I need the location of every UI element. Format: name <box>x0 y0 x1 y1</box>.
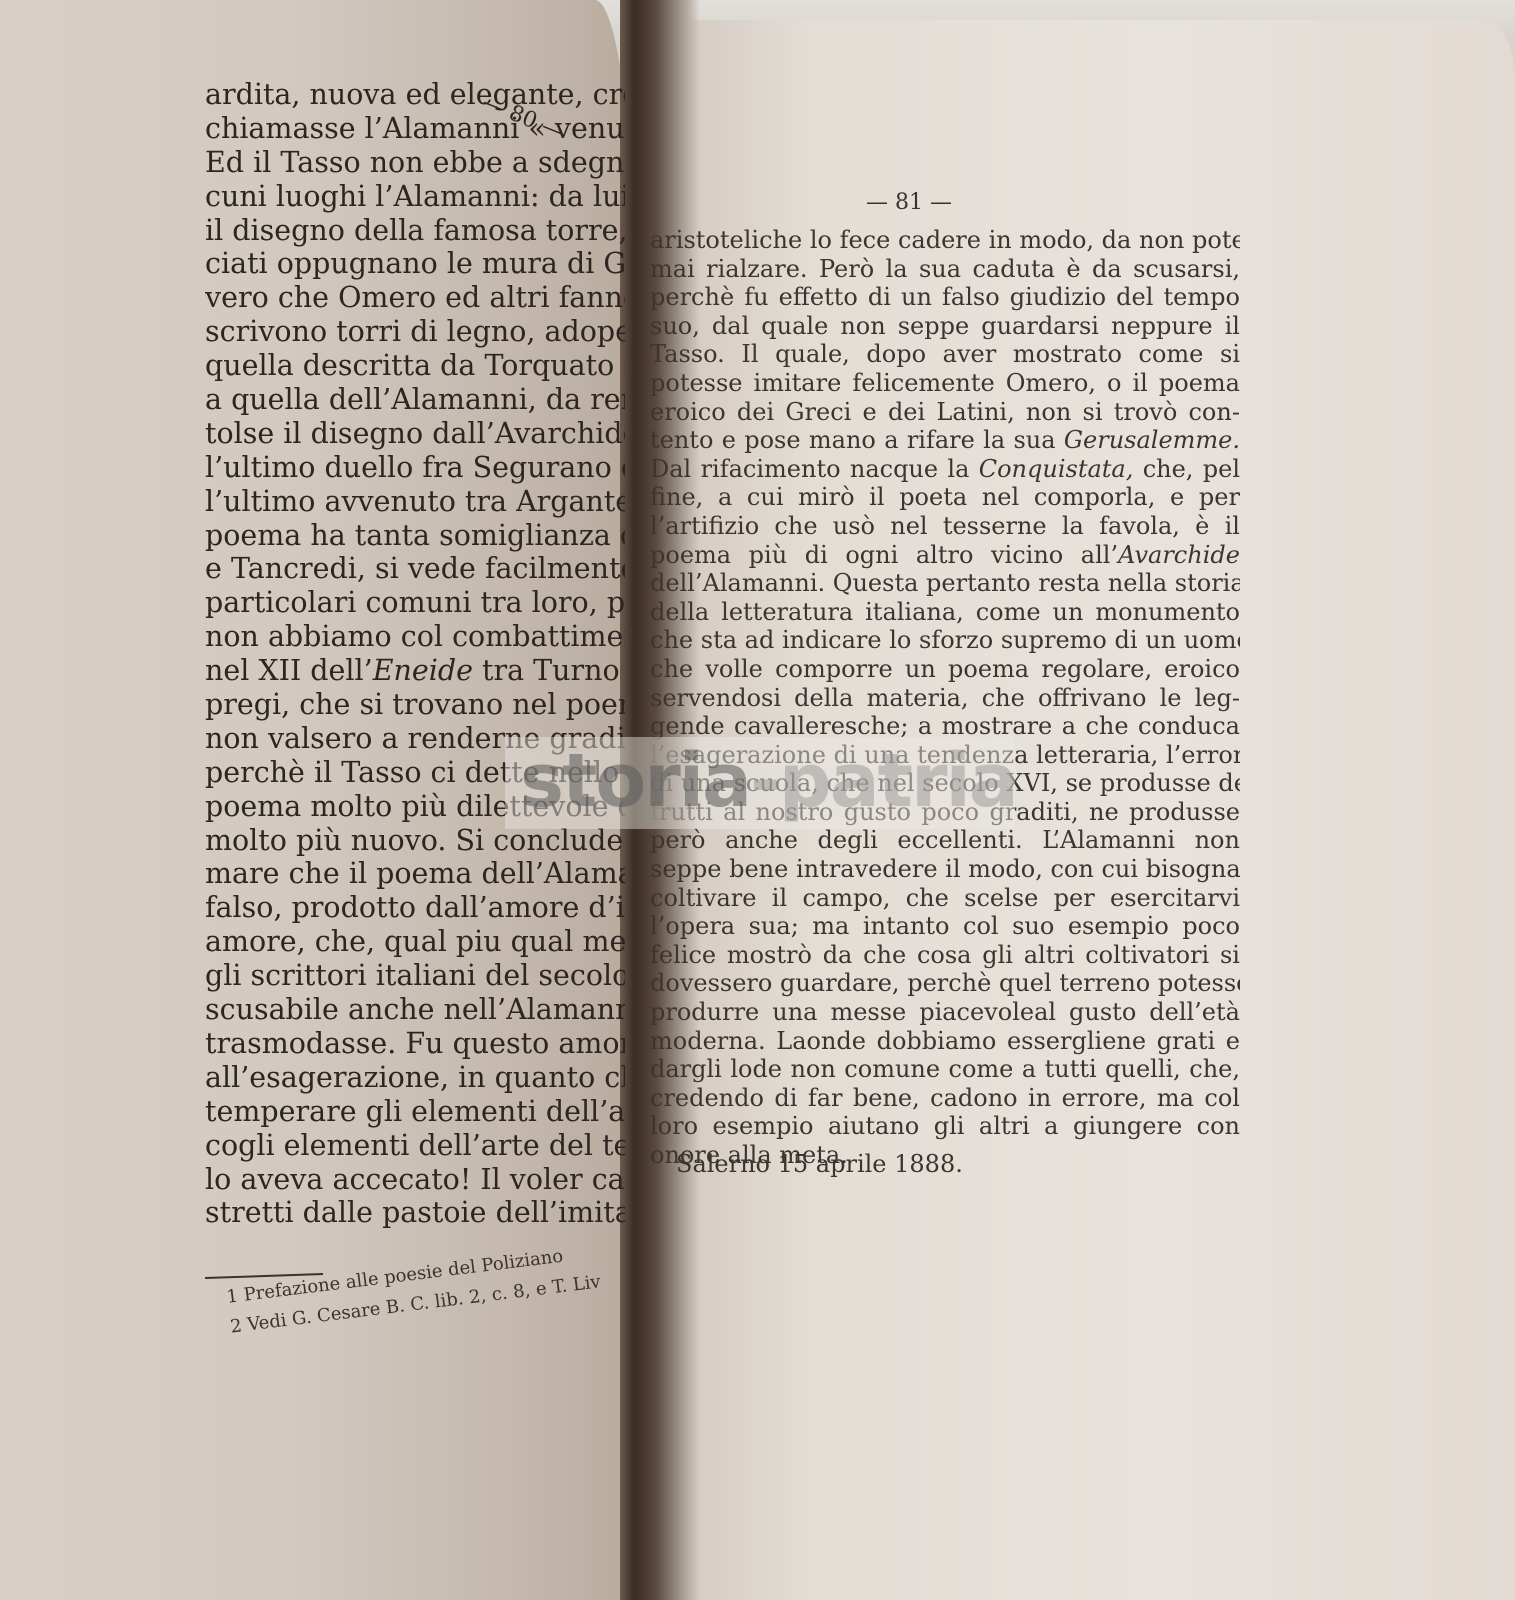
text-line: scusabile anche nell’Alamanni, ancor <box>205 993 625 1027</box>
text-line: ardita, nuova ed elegante, credo che <box>205 78 625 112</box>
text-line: moderna. Laonde dobbiamo essergliene gra… <box>650 1027 1240 1056</box>
text-line: tolse il disegno dall’Avarchide. E se <box>205 417 625 451</box>
text-line: Dal rifacimento nacque la Conquistata, c… <box>650 455 1240 484</box>
text-line: mare che il poema dell’Alamanni fu <box>205 857 625 891</box>
text-line: mai rialzare. Però la sua caduta è da sc… <box>650 255 1240 284</box>
text-line: Ed il Tasso non ebbe a sdegno d’im <box>205 146 625 180</box>
text-line: dovessero guardare, perchè quel terreno … <box>650 969 1240 998</box>
text-line: falso, prodotto dall’amore d’imitare <box>205 891 625 925</box>
text-line: cogli elementi dell’arte del tempo <box>205 1129 625 1163</box>
text-line: chiamasse l’Alamanni « venusto artifi <box>205 112 625 146</box>
text-line: produrre una messe piacevoleal gusto del… <box>650 998 1240 1027</box>
text-line: felice mostrò da che cosa gli altri colt… <box>650 941 1240 970</box>
text-line: stretti dalle pastoie dell’imitazione <box>205 1196 625 1230</box>
watermark-text: storia-patria <box>520 738 1017 824</box>
text-line: l’ultimo duello fra Segurano e Lan <box>205 451 625 485</box>
text-line: poema ha tanta somiglianza con Segu <box>205 519 625 553</box>
text-line: il disegno della famosa torre, colla <box>205 214 625 248</box>
text-line: l’artifizio che usò nel tesserne la favo… <box>650 512 1240 541</box>
text-line: particolari comuni tra loro, più che <box>205 586 625 620</box>
right-page-number: — 81 — <box>866 190 952 215</box>
text-line: però anche degli eccellenti. L’Alamanni … <box>650 826 1240 855</box>
text-line: ciati oppugnano le mura di Gerusalem <box>205 247 625 281</box>
text-line: Tasso. Il quale, dopo aver mostrato come… <box>650 340 1240 369</box>
text-line: coltivare il campo, che scelse per eserc… <box>650 884 1240 913</box>
text-line: pregi, che si trovano nel poema de <box>205 688 625 722</box>
text-line: vero che Omero ed altri fanno menzio <box>205 281 625 315</box>
text-line: poema più di ogni altro vicino all’Avarc… <box>650 541 1240 570</box>
text-line: amore, che, qual piu qual meno, se <box>205 925 625 959</box>
text-line: seppe bene intravedere il modo, con cui … <box>650 855 1240 884</box>
text-line: credendo di far bene, cadono in errore, … <box>650 1084 1240 1113</box>
text-line: gli scrittori italiani del secolo XV <box>205 959 625 993</box>
text-line: all’esagerazione, in quanto che gl’i <box>205 1061 625 1095</box>
right-page-body: aristoteliche lo fece cadere in modo, da… <box>650 226 1240 1170</box>
text-line: eroico dei Greci e dei Latini, non si tr… <box>650 398 1240 427</box>
signature-date: Salerno 15 aprile 1888. <box>676 1150 963 1178</box>
text-line: quella descritta da Torquato è tanto <box>205 349 625 383</box>
text-line: scrivono torri di legno, adoperate in <box>205 315 625 349</box>
text-line: dell’Alamanni. Questa pertanto resta nel… <box>650 569 1240 598</box>
text-line: tento e pose mano a rifare la sua Gerusa… <box>650 426 1240 455</box>
text-line: dargli lode non comune come a tutti quel… <box>650 1055 1240 1084</box>
text-line: e Tancredi, si vede facilmente che l <box>205 552 625 586</box>
text-line: trasmodasse. Fu questo amore, che <box>205 1027 625 1061</box>
text-line: non abbiamo col combattimento, d <box>205 620 625 654</box>
text-line: fine, a cui mirò il poeta nel comporla, … <box>650 483 1240 512</box>
text-line: potesse imitare felicemente Omero, o il … <box>650 369 1240 398</box>
text-line: perchè fu effetto di un falso giudizio d… <box>650 283 1240 312</box>
text-line: l’opera sua; ma intanto col suo esempio … <box>650 912 1240 941</box>
text-line: che sta ad indicare lo sforzo supremo di… <box>650 626 1240 655</box>
text-line: lo aveva accecato! Il voler cam <box>205 1163 625 1197</box>
text-line: l’ultimo avvenuto tra Argante (che <box>205 485 625 519</box>
text-line: della letteratura italiana, come un monu… <box>650 598 1240 627</box>
text-line: a quella dell’Alamanni, da renderci <box>205 383 625 417</box>
text-line: aristoteliche lo fece cadere in modo, da… <box>650 226 1240 255</box>
text-line: suo, dal quale non seppe guardarsi neppu… <box>650 312 1240 341</box>
text-line: nel XII dell’Eneide tra Turno ed E <box>205 654 625 688</box>
text-line: servendosi della materia, che offrivano … <box>650 684 1240 713</box>
text-line: cuni luoghi l’Alamanni: da lui, ad es <box>205 180 625 214</box>
text-line: temperare gli elementi dell’arte cl <box>205 1095 625 1129</box>
text-line: che volle comporre un poema regolare, er… <box>650 655 1240 684</box>
left-page-body: ardita, nuova ed elegante, credo chechia… <box>205 78 625 1230</box>
text-line: loro esempio aiutano gli altri a giunger… <box>650 1112 1240 1141</box>
